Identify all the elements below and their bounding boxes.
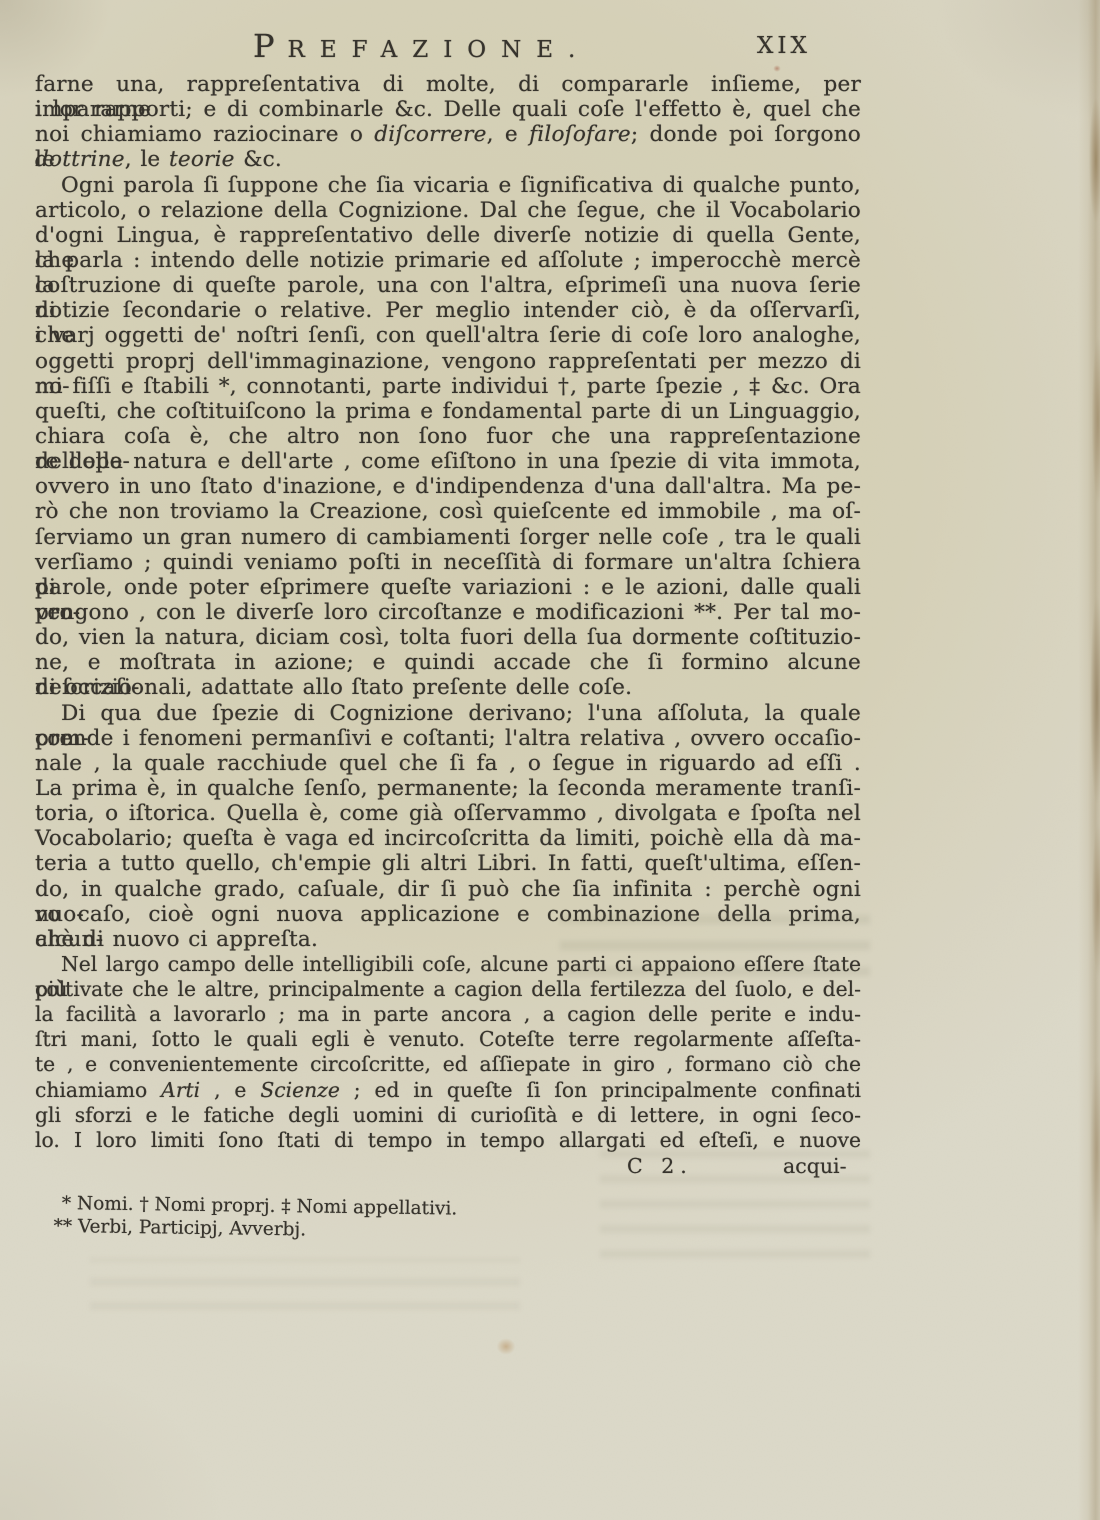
text-line-12: oggetti proprj dell'immaginazione, vengo… [35, 349, 861, 374]
text-line-6: articolo, o relazione della Cognizione. … [35, 198, 861, 223]
text-line-18: rò che non troviamo la Creazione, così q… [35, 499, 861, 524]
text-line-2: i lor rapporti; e di combinarle &c. Dell… [35, 97, 861, 122]
paper-stain [493, 1335, 519, 1358]
text-line-23: do, vien la natura, diciam così, tolta f… [35, 625, 861, 650]
catchword: acqui- [783, 1154, 847, 1178]
text-line-27: prende i fenomeni permanſivi e coſtanti;… [35, 726, 861, 751]
text-line-39: ſtri mani, ſotto le quali egli è venuto.… [35, 1027, 861, 1052]
text-line-17: ovvero in uno ſtato d'inazione, e d'indi… [35, 474, 861, 499]
text-line-11: i varj oggetti de' noſtri ſenſi, con que… [35, 323, 861, 348]
text-line-40: te , e convenientemente circoſcritte, ed… [35, 1052, 861, 1077]
page-title: PREFAZIONE. [253, 27, 590, 65]
showthrough-smudge [90, 1258, 520, 1310]
text-line-25: ni occaſionali, adattate allo ſtato preſ… [35, 675, 861, 700]
signature-line: C 2. acqui- [35, 1154, 861, 1180]
text-line-14: queſti, che coſtituiſcono la prima e fon… [35, 399, 861, 424]
text-line-37: coltivate che le altre, principalmente a… [35, 977, 861, 1002]
text-line-8: la parla : intendo delle notizie primari… [35, 248, 861, 273]
text-line-10: notizie ſecondarie o relative. Per megli… [35, 298, 861, 323]
text-line-34: vo caſo, cioè ogni nuova applicazione e … [35, 902, 861, 927]
text-line-35: chè di nuovo ci appreſta. [35, 927, 861, 952]
text-line-43: lo. I loro limiti ſono ſtati di tempo in… [35, 1128, 861, 1153]
text-line-26: Di qua due ſpezie di Cognizione derivano… [35, 701, 861, 726]
text-line-42: gli sforzi e le fatiche degli uomini di … [35, 1103, 861, 1128]
text-line-30: toria, o iſtorica. Quella è, come già oſ… [35, 801, 861, 826]
text-line-32: teria a tutto quello, ch'empie gli altri… [35, 851, 861, 876]
text-line-24: ne, e moſtrata in azione; e quindi accad… [35, 650, 861, 675]
text-line-13: mi fiſſi e ſtabili *, connotanti, parte … [35, 374, 861, 399]
text-line-31: Vocabolario; queſta è vaga ed incircoſcr… [35, 826, 861, 851]
text-line-20: verſiamo ; quindi veniamo poſti in neceſ… [35, 550, 861, 575]
text-line-15: chiara coſa è, che altro non ſono fuor c… [35, 424, 861, 449]
page-edge [1078, 0, 1100, 1520]
text-line-41: chiamiamo Arti , e Scienze ; ed in queſt… [35, 1078, 861, 1103]
text-line-36: Nel largo campo delle intelligibili coſe… [35, 952, 861, 977]
text-line-9: coſtruzione di queſte parole, una con l'… [35, 273, 861, 298]
footnotes: * Nomi. † Nomi proprj. ‡ Nomi appellativ… [61, 1192, 582, 1245]
text-line-19: ſerviamo un gran numero di cambiamenti ſ… [35, 525, 861, 550]
text-line-3: noi chiamiamo raziocinare o diſcorrere, … [35, 122, 861, 147]
signature-mark: C 2. [627, 1154, 693, 1178]
text-line-1: farne una, rappreſentativa di molte, di … [35, 72, 861, 97]
text-line-4: dottrine, le teorie &c. [35, 147, 861, 172]
page-number: XIX [757, 33, 811, 59]
body-text: farne una, rappreſentativa di molte, di … [35, 72, 861, 1153]
text-line-7: d'ogni Lingua, è rappreſentativo delle d… [35, 223, 861, 248]
paper-stain [772, 64, 782, 73]
text-line-5: Ogni parola ſi ſuppone che ſia vicaria e… [35, 173, 861, 198]
text-line-16: re della natura e dell'arte , come eſiſt… [35, 449, 861, 474]
text-line-21: parole, onde poter eſprimere queſte vari… [35, 575, 861, 600]
text-line-28: nale , la quale racchiude quel che ſi fa… [35, 751, 861, 776]
book-page: PREFAZIONE. XIX farne una, rappreſentati… [0, 0, 1100, 1520]
text-line-33: do, in qualche grado, caſuale, dir ſi pu… [35, 877, 861, 902]
text-line-22: vengono , con le diverſe loro circoſtanz… [35, 600, 861, 625]
text-line-29: La prima è, in qualche ſenſo, permanente… [35, 776, 861, 801]
text-line-38: la facilità a lavorarlo ; ma in parte an… [35, 1002, 861, 1027]
